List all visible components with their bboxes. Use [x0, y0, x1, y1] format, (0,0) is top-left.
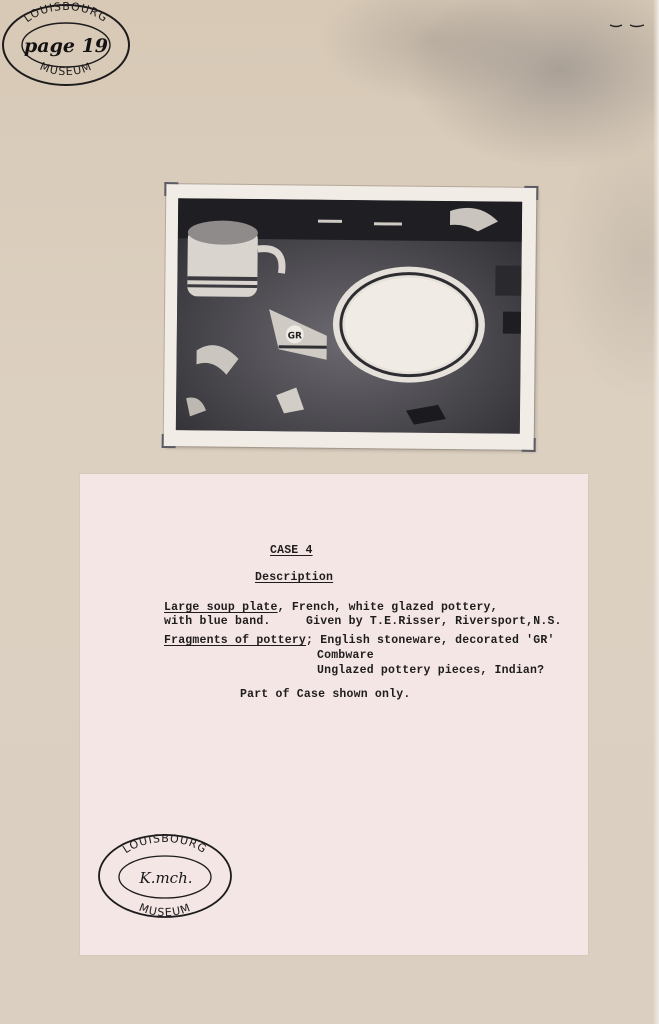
photo-gr-mark: GR — [288, 331, 302, 341]
photo-corner — [524, 186, 538, 200]
svg-text:LOUISBOURG: LOUISBOURG — [21, 2, 110, 25]
item-detail: Combware — [317, 649, 374, 663]
handwritten-initials: K.mch. — [138, 869, 192, 887]
svg-text:MUSEUM: MUSEUM — [38, 60, 94, 78]
page-edge — [653, 0, 659, 1024]
item-details: , French, white glazed pottery, — [278, 601, 498, 614]
item-name: Fragments of pottery — [164, 634, 306, 647]
item-name: Large soup plate — [164, 601, 278, 614]
stamp-arc-bottom: MUSEUM — [137, 901, 193, 919]
museum-stamp-initials: LOUISBOURG MUSEUM K.mch. — [96, 832, 234, 920]
svg-text:LOUISBOURG: LOUISBOURG — [120, 832, 209, 856]
photo-corner — [164, 182, 178, 196]
item-soup-plate-line2: with blue band. Given by T.E.Risser, Riv… — [164, 615, 562, 629]
museum-stamp-page-number: LOUISBOURG MUSEUM page 19 — [0, 2, 132, 88]
stamp-arc-top: LOUISBOURG — [120, 832, 209, 856]
photo-image: GR — [176, 198, 522, 434]
photo-corner — [162, 434, 176, 448]
item-fragments-line1: Fragments of pottery; English stoneware,… — [164, 634, 555, 648]
case-title: CASE 4 — [270, 544, 313, 558]
case-note: Part of Case shown only. — [240, 688, 410, 702]
display-case-photo: GR — [164, 184, 537, 450]
stamp-arc-top: LOUISBOURG — [21, 2, 110, 25]
stamp-arc-bottom: MUSEUM — [38, 60, 94, 78]
description-heading: Description — [255, 571, 333, 585]
item-detail: English stoneware, decorated 'GR' — [320, 634, 554, 647]
svg-text:MUSEUM: MUSEUM — [137, 901, 193, 919]
ink-mark — [608, 22, 648, 28]
item-soup-plate-line1: Large soup plate, French, white glazed p… — [164, 601, 498, 615]
photo-corner — [522, 438, 536, 452]
handwritten-page-number: page 19 — [24, 35, 108, 57]
item-detail: Unglazed pottery pieces, Indian? — [317, 664, 544, 678]
